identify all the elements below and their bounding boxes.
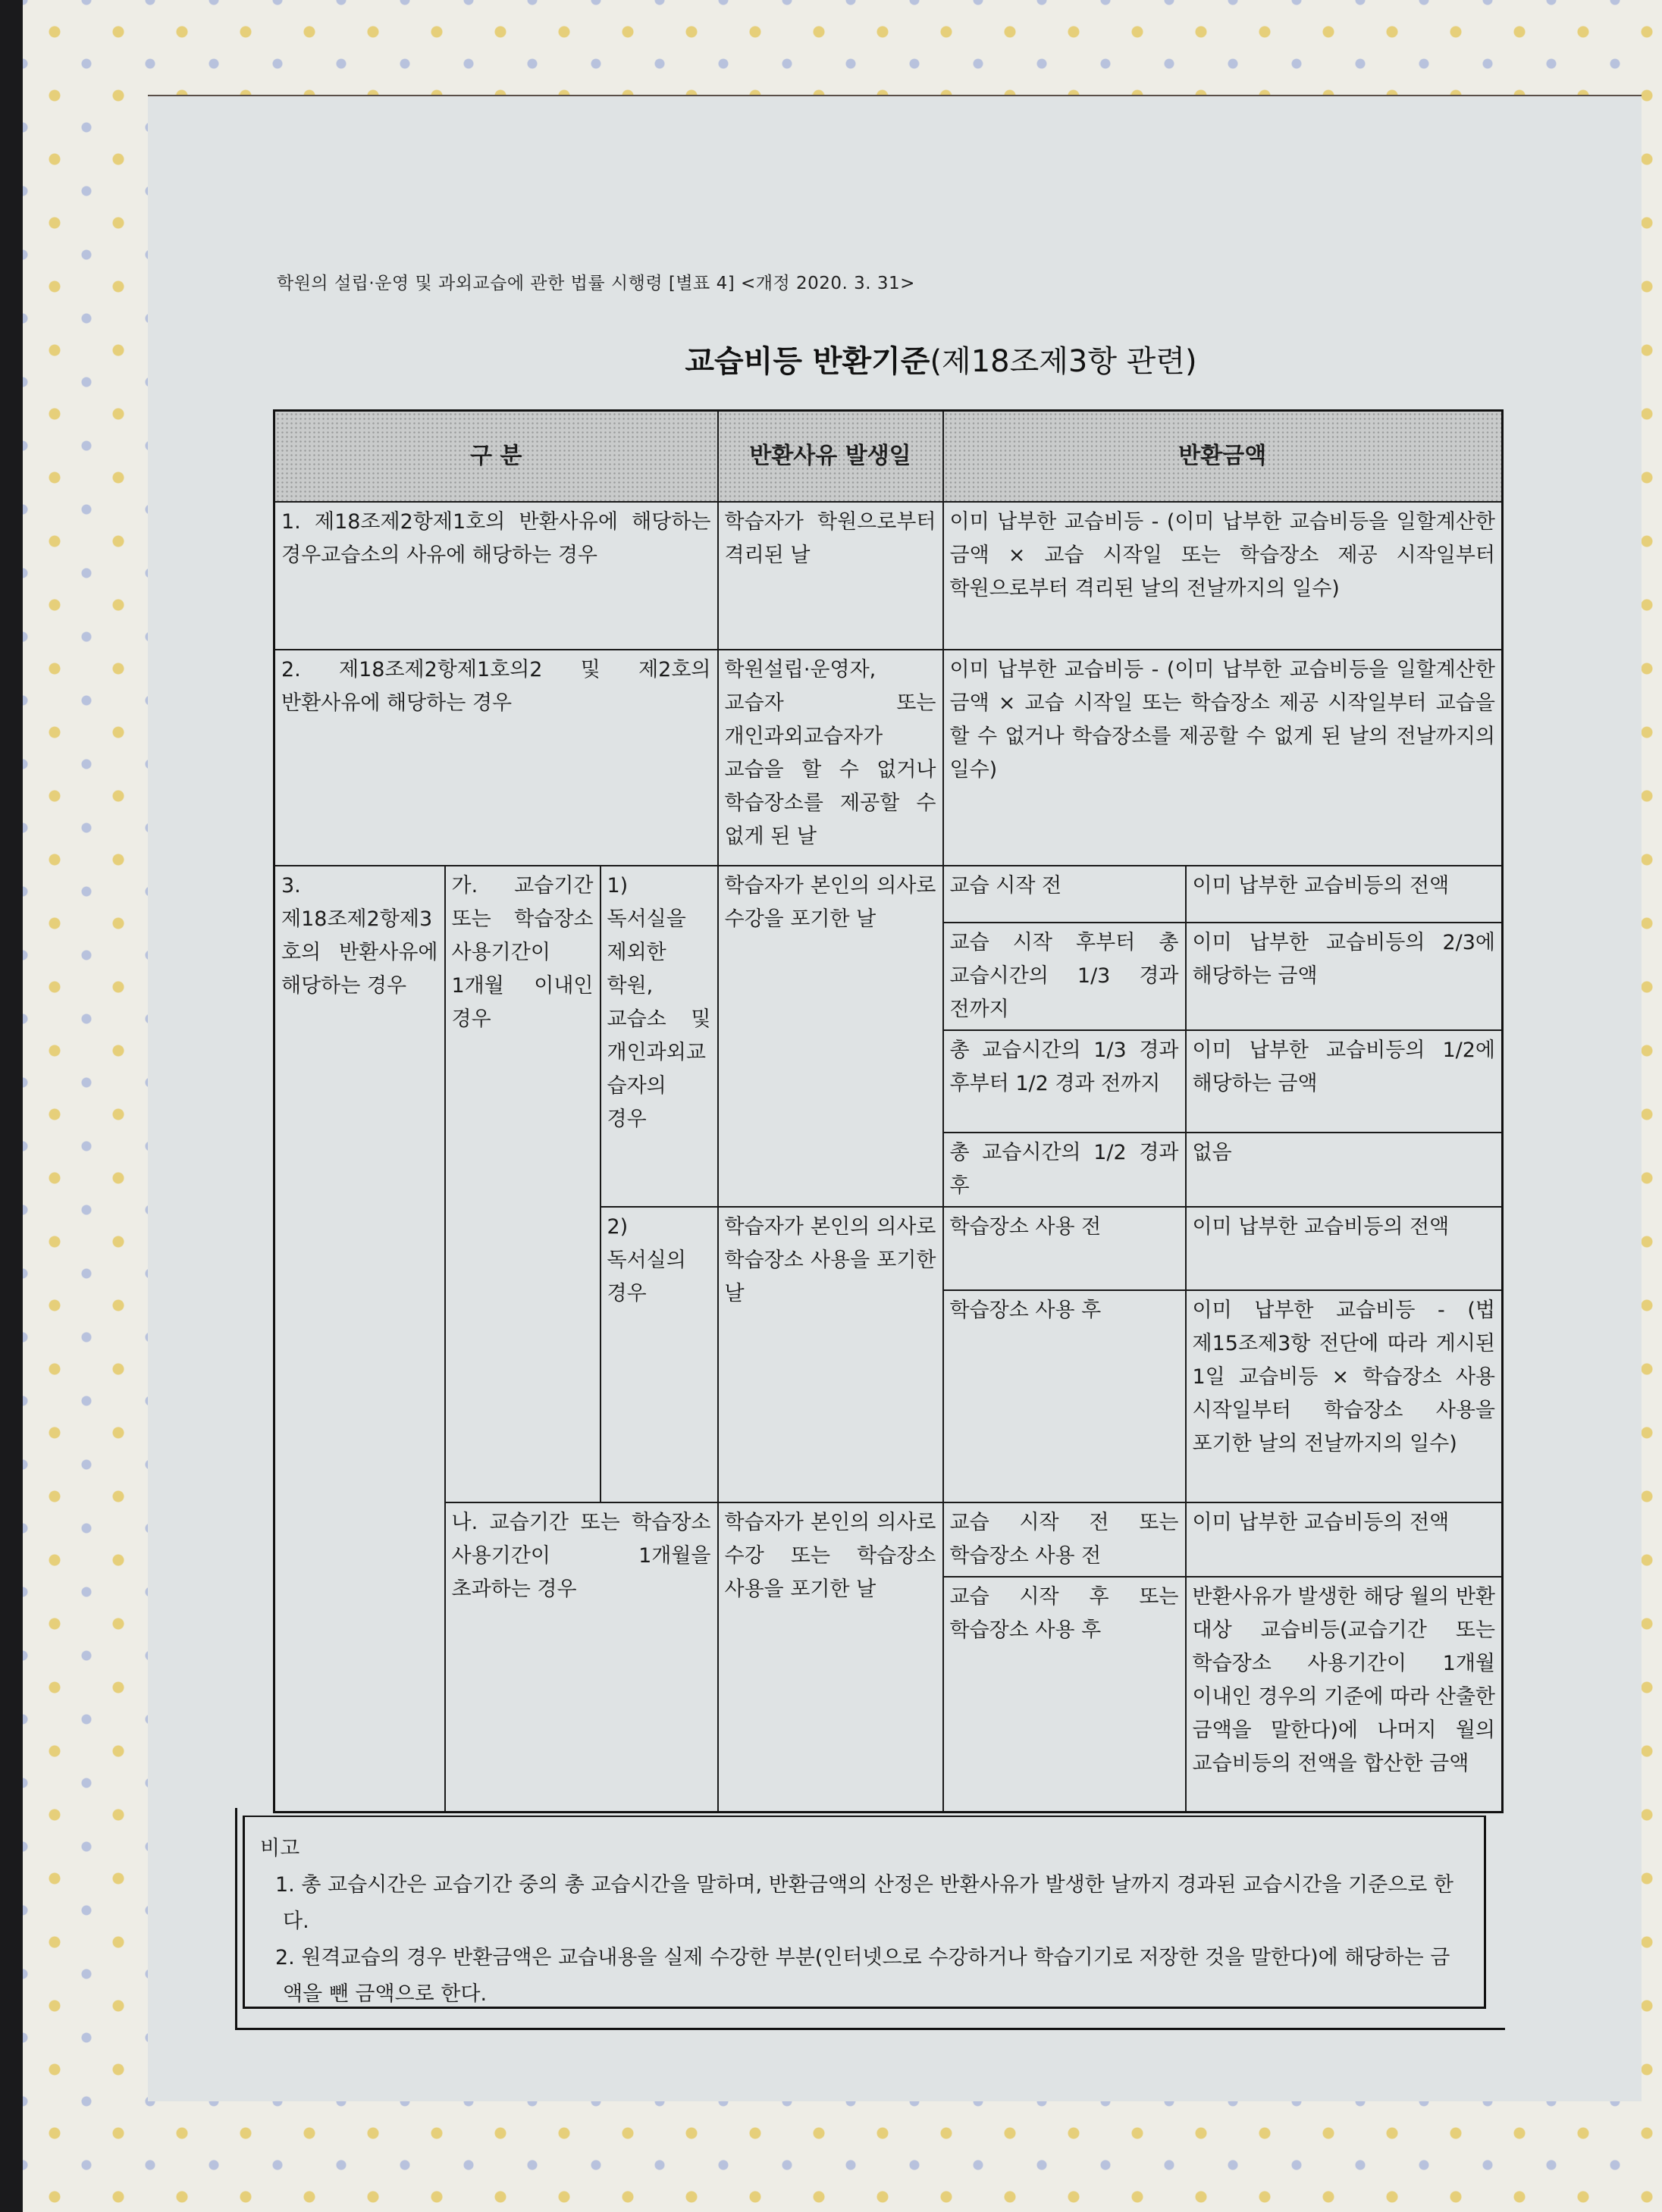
stage-when: 학습장소 사용 후	[943, 1290, 1186, 1502]
remarks-heading: 비고	[260, 1831, 1469, 1867]
row3-ga-label: 가. 교습기간 또는 학습장소 사용기간이 1개월 이내인 경우	[445, 866, 601, 1502]
row3-ga-item2-label: 2) 독서실의 경우	[601, 1207, 718, 1502]
stage-when: 교습 시작 후부터 총 교습시간의 1/3 경과 전까지	[943, 923, 1186, 1030]
stage-amount: 이미 납부한 교습비등의 전액	[1186, 866, 1503, 923]
stage-amount: 이미 납부한 교습비등의 1/2에 해당하는 금액	[1186, 1030, 1503, 1133]
stage-when: 교습 시작 전 또는 학습장소 사용 전	[943, 1502, 1186, 1577]
stage-when: 교습 시작 후 또는 학습장소 사용 후	[943, 1577, 1186, 1812]
table-header-row: 구 분 반환사유 발생일 반환금액	[274, 411, 1503, 503]
title-suffix: (제18조제3항 관련)	[930, 344, 1196, 379]
stage-amount: 반환사유가 발생한 해당 월의 반환 대상 교습비등(교습기간 또는 학습장소 …	[1186, 1577, 1503, 1812]
row3-na-date: 학습자가 본인의 의사로 수강 또는 학습장소 사용을 포기한 날	[718, 1502, 943, 1812]
row2-amount: 이미 납부한 교습비등 - (이미 납부한 교습비등을 일할계산한 금액 × 교…	[943, 650, 1503, 866]
remark-item: 1. 총 교습시간은 교습기간 중의 총 교습시간을 말하며, 반환금액의 산정…	[260, 1867, 1469, 1940]
row2-date: 학원설립·운영자, 교습자 또는 개인과외교습자가 교습을 할 수 없거나 학습…	[718, 650, 943, 866]
refund-standards-table: 구 분 반환사유 발생일 반환금액 1. 제18조제2항제1호의 반환사유에 해…	[273, 409, 1504, 1813]
row1-date: 학습자가 학원으로부터 격리된 날	[718, 502, 943, 650]
row3-ga-item2-date: 학습자가 본인의 의사로 학습장소 사용을 포기한 날	[718, 1207, 943, 1502]
row3-ga-item1-date: 학습자가 본인의 의사로 수강을 포기한 날	[718, 866, 943, 1207]
table-outer-border	[235, 2028, 1505, 2030]
stage-amount: 이미 납부한 교습비등의 2/3에 해당하는 금액	[1186, 923, 1503, 1030]
stage-when: 총 교습시간의 1/3 경과 후부터 1/2 경과 전까지	[943, 1030, 1186, 1133]
stage-amount: 이미 납부한 교습비등 - (법 제15조제3항 전단에 따라 게시된 1일 교…	[1186, 1290, 1503, 1502]
row3-na-label: 나. 교습기간 또는 학습장소 사용기간이 1개월을 초과하는 경우	[445, 1502, 718, 1812]
title-main: 교습비등 반환기준	[685, 344, 930, 379]
row3-category: 3. 제18조제2항제3호의 반환사유에 해당하는 경우	[274, 866, 445, 1812]
stage-when: 학습장소 사용 전	[943, 1207, 1186, 1290]
remark-item: 2. 원격교습의 경우 반환금액은 교습내용을 실제 수강한 부분(인터넷으로 …	[260, 1940, 1469, 2013]
table-row: 나. 교습기간 또는 학습장소 사용기간이 1개월을 초과하는 경우 학습자가 …	[274, 1502, 1503, 1577]
stage-amount: 없음	[1186, 1133, 1503, 1207]
statute-reference: 학원의 설립·운영 및 과외교습에 관한 법률 시행령 [별표 4] <개정 2…	[277, 269, 915, 294]
row1-amount: 이미 납부한 교습비등 - (이미 납부한 교습비등을 일할계산한 금액 × 교…	[943, 502, 1503, 650]
header-occurrence-date: 반환사유 발생일	[718, 411, 943, 503]
row1-category: 1. 제18조제2항제1호의 반환사유에 해당하는 경우교습소의 사유에 해당하…	[274, 502, 718, 650]
stage-amount: 이미 납부한 교습비등의 전액	[1186, 1207, 1503, 1290]
stage-amount: 이미 납부한 교습비등의 전액	[1186, 1502, 1503, 1577]
table-row: 3. 제18조제2항제3호의 반환사유에 해당하는 경우 가. 교습기간 또는 …	[274, 866, 1503, 923]
row3-ga-item1-label: 1) 독서실을 제외한 학원, 교습소 및 개인과외교습자의 경우	[601, 866, 718, 1207]
table-row: 2. 제18조제2항제1호의2 및 제2호의 반환사유에 해당하는 경우 학원설…	[274, 650, 1503, 866]
header-category: 구 분	[274, 411, 718, 503]
stage-when: 총 교습시간의 1/2 경과 후	[943, 1133, 1186, 1207]
stage-when: 교습 시작 전	[943, 866, 1186, 923]
table-row: 1. 제18조제2항제1호의 반환사유에 해당하는 경우교습소의 사유에 해당하…	[274, 502, 1503, 650]
remarks-box: 비고 1. 총 교습시간은 교습기간 중의 총 교습시간을 말하며, 반환금액의…	[243, 1816, 1486, 2009]
document-title: 교습비등 반환기준(제18조제3항 관련)	[0, 337, 1662, 381]
row2-category: 2. 제18조제2항제1호의2 및 제2호의 반환사유에 해당하는 경우	[274, 650, 718, 866]
header-refund-amount: 반환금액	[943, 411, 1503, 503]
table-outer-border	[235, 1808, 237, 2029]
